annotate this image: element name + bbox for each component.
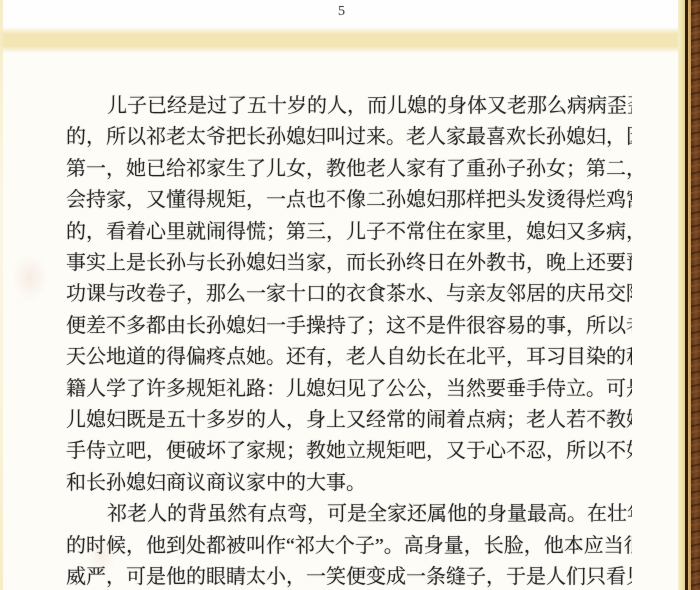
- text-line: 会持家，又懂得规矩，一点也不像二孙媳妇那样把头发烫得烂鸡窝似: [66, 185, 632, 216]
- page-number: 5: [0, 4, 684, 20]
- text-block: 儿子已经是过了五十岁的人，而儿媳的身体又老那么病病歪歪的，所以祁老太爷把长孙媳妇…: [66, 91, 632, 590]
- text-line: 功课与改卷子，那么一家十口的衣食茶水、与亲友邻居的庆吊交际，: [66, 279, 632, 310]
- text-line: 的，所以祁老太爷把长孙媳妇叫过来。老人家最喜欢长孙媳妇，因为: [66, 122, 632, 153]
- text-line: 第一，她已给祁家生了儿女，教他老人家有了重孙子孙女；第二，她既: [66, 154, 632, 185]
- text-line: 便差不多都由长孙媳妇一手操持了；这不是件很容易的事，所以老人: [66, 311, 632, 342]
- text-line: 籍人学了许多规矩礼路：儿媳妇见了公公，当然要垂手侍立。可是，: [66, 374, 632, 405]
- scanned-book-page: 5 儿子已经是过了五十岁的人，而儿媳的身体又老那么病病歪歪的，所以祁老太爷把长孙…: [0, 0, 700, 590]
- text-line: 威严，可是他的眼睛太小，一笑便变成一条缝子，于是人们只看见他: [66, 562, 632, 590]
- text-line: 的，看着心里就闹得慌；第三，儿子不常住在家里，媳妇又多病，所以: [66, 217, 632, 248]
- page-right-edge: [678, 0, 685, 590]
- text-line: 儿媳妇既是五十多岁的人，身上又经常的闹着点病；老人若不教她垂: [66, 405, 632, 436]
- page-left-edge: [0, 0, 3, 590]
- text-line: 天公地道的得偏疼点她。还有，老人自幼长在北平，耳习目染的和旗: [66, 342, 632, 373]
- text-line: 事实上是长孙与长孙媳妇当家，而长孙终日在外教书，晚上还要预备: [66, 248, 632, 279]
- text-line: 手侍立吧，便破坏了家规；教她立规矩吧，又于心不忍，所以不如干脆: [66, 436, 632, 467]
- header-divider-band: [0, 27, 685, 53]
- wood-background-strip: [691, 0, 700, 590]
- text-line: 祁老人的背虽然有点弯，可是全家还属他的身量最高。在壮年: [66, 499, 632, 530]
- text-line: 儿子已经是过了五十岁的人，而儿媳的身体又老那么病病歪歪: [66, 91, 632, 122]
- text-line: 和长孙媳妇商议商议家中的大事。: [66, 468, 632, 499]
- text-line: 的时候，他到处都被叫作“祁大个子”。高身量，长脸，他本应当很有: [66, 531, 632, 562]
